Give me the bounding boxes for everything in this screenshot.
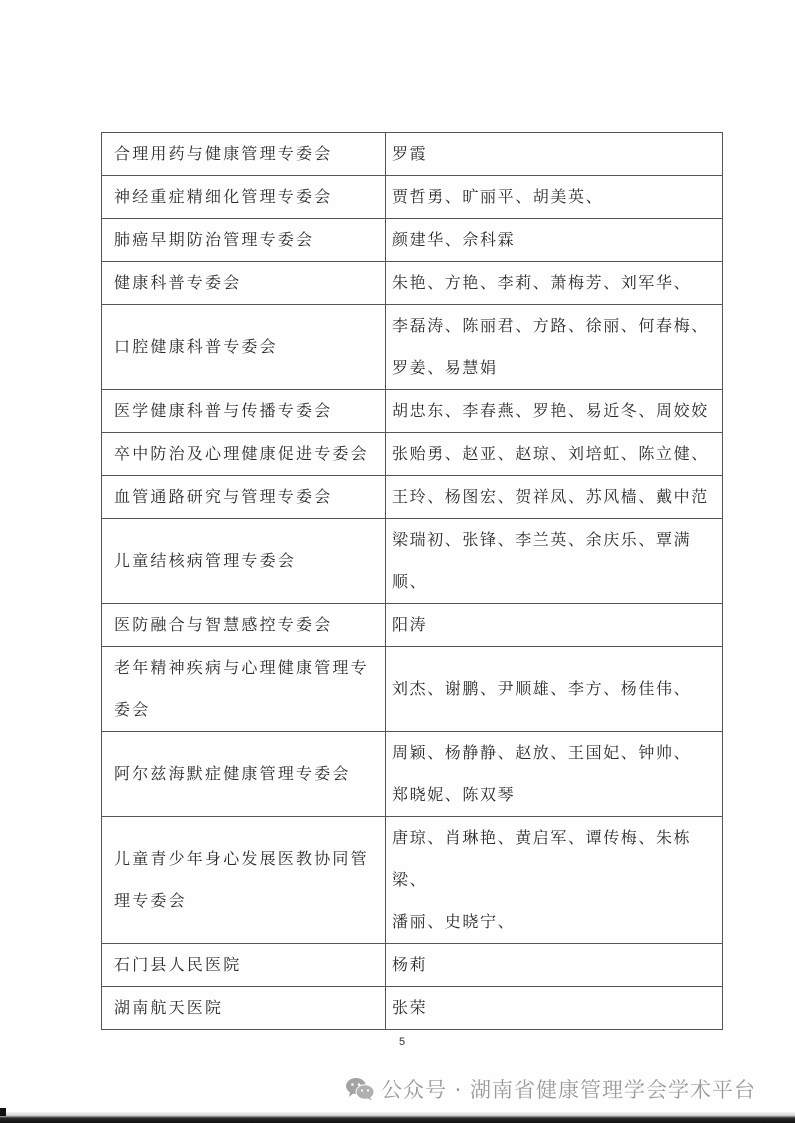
committee-name-cell: 湖南航天医院	[102, 987, 386, 1030]
scan-shadow-corner	[0, 1108, 6, 1116]
committee-name-cell: 阿尔兹海默症健康管理专委会	[102, 732, 386, 817]
wechat-watermark: 公众号 · 湖南省健康管理学会学术平台	[345, 1074, 756, 1104]
page-number: 5	[399, 1036, 405, 1048]
committee-name-cell: 合理用药与健康管理专委会	[102, 133, 386, 176]
committee-name-cell: 口腔健康科普专委会	[102, 305, 386, 390]
committee-roster-table: 合理用药与健康管理专委会 罗霞 神经重症精细化管理专委会 贾哲勇、旷丽平、胡美英…	[101, 132, 723, 1030]
table-row: 健康科普专委会 朱艳、方艳、李莉、萧梅芳、刘军华、	[102, 262, 723, 305]
committee-name-cell: 医学健康科普与传播专委会	[102, 390, 386, 433]
members-cell: 张荣	[386, 987, 723, 1030]
committee-name-cell: 血管通路研究与管理专委会	[102, 476, 386, 519]
wechat-icon	[345, 1077, 375, 1101]
committee-name-cell: 老年精神疾病与心理健康管理专委会	[102, 647, 386, 732]
members-cell: 胡忠东、李春燕、罗艳、易近冬、周姣姣	[386, 390, 723, 433]
table-row: 儿童结核病管理专委会 梁瑞初、张锋、李兰英、余庆乐、覃满顺、	[102, 519, 723, 604]
committee-name-cell: 健康科普专委会	[102, 262, 386, 305]
members-cell: 梁瑞初、张锋、李兰英、余庆乐、覃满顺、	[386, 519, 723, 604]
members-cell: 贾哲勇、旷丽平、胡美英、	[386, 176, 723, 219]
members-cell: 阳涛	[386, 604, 723, 647]
watermark-text: 公众号 · 湖南省健康管理学会学术平台	[381, 1074, 756, 1104]
members-cell: 颜建华、佘科霖	[386, 219, 723, 262]
members-cell: 周颖、杨静静、赵放、王国妃、钟帅、郑晓妮、陈双琴	[386, 732, 723, 817]
table-row: 医防融合与智慧感控专委会 阳涛	[102, 604, 723, 647]
table-row: 医学健康科普与传播专委会 胡忠东、李春燕、罗艳、易近冬、周姣姣	[102, 390, 723, 433]
table-row: 卒中防治及心理健康促进专委会 张贻勇、赵亚、赵琼、刘培虹、陈立健、	[102, 433, 723, 476]
table-row: 神经重症精细化管理专委会 贾哲勇、旷丽平、胡美英、	[102, 176, 723, 219]
scan-shadow-edge	[0, 1112, 795, 1123]
table-row: 合理用药与健康管理专委会 罗霞	[102, 133, 723, 176]
members-cell: 王玲、杨图宏、贺祥凤、苏风樯、戴中范	[386, 476, 723, 519]
table-row: 口腔健康科普专委会 李磊涛、陈丽君、方路、徐丽、何春梅、罗姜、易慧娟	[102, 305, 723, 390]
document-page: 合理用药与健康管理专委会 罗霞 神经重症精细化管理专委会 贾哲勇、旷丽平、胡美英…	[0, 0, 795, 1123]
table-row: 血管通路研究与管理专委会 王玲、杨图宏、贺祥凤、苏风樯、戴中范	[102, 476, 723, 519]
table-row: 儿童青少年身心发展医教协同管理专委会 唐琼、肖琳艳、黄启军、谭传梅、朱栋梁、潘丽…	[102, 817, 723, 944]
members-cell: 朱艳、方艳、李莉、萧梅芳、刘军华、	[386, 262, 723, 305]
committee-name-cell: 石门县人民医院	[102, 944, 386, 987]
committee-name-cell: 卒中防治及心理健康促进专委会	[102, 433, 386, 476]
members-cell: 张贻勇、赵亚、赵琼、刘培虹、陈立健、	[386, 433, 723, 476]
table-row: 阿尔兹海默症健康管理专委会 周颖、杨静静、赵放、王国妃、钟帅、郑晓妮、陈双琴	[102, 732, 723, 817]
committee-name-cell: 肺癌早期防治管理专委会	[102, 219, 386, 262]
members-cell: 罗霞	[386, 133, 723, 176]
members-cell: 杨莉	[386, 944, 723, 987]
members-cell: 李磊涛、陈丽君、方路、徐丽、何春梅、罗姜、易慧娟	[386, 305, 723, 390]
members-cell: 刘杰、谢鹏、尹顺雄、李方、杨佳伟、	[386, 647, 723, 732]
table-row: 肺癌早期防治管理专委会 颜建华、佘科霖	[102, 219, 723, 262]
committee-name-cell: 儿童青少年身心发展医教协同管理专委会	[102, 817, 386, 944]
table-row: 石门县人民医院 杨莉	[102, 944, 723, 987]
members-cell: 唐琼、肖琳艳、黄启军、谭传梅、朱栋梁、潘丽、史晓宁、	[386, 817, 723, 944]
table-row: 湖南航天医院 张荣	[102, 987, 723, 1030]
committee-name-cell: 神经重症精细化管理专委会	[102, 176, 386, 219]
committee-name-cell: 儿童结核病管理专委会	[102, 519, 386, 604]
committee-name-cell: 医防融合与智慧感控专委会	[102, 604, 386, 647]
table-row: 老年精神疾病与心理健康管理专委会 刘杰、谢鹏、尹顺雄、李方、杨佳伟、	[102, 647, 723, 732]
